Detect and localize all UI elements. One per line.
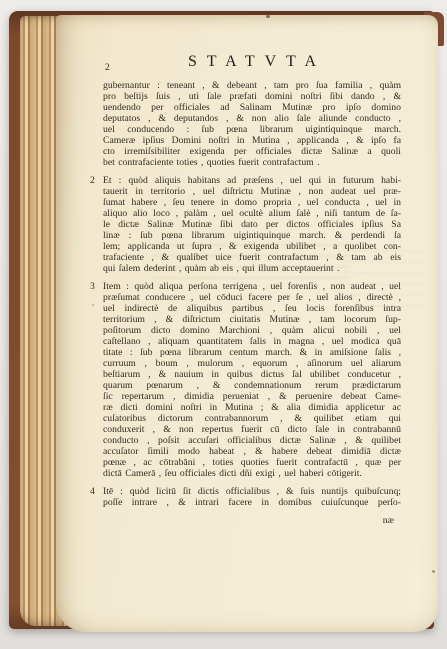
text-line: quarum pœnarum , & condemnationum rerum …: [103, 380, 401, 391]
text-line: ſic repertarum , dimidia perueniat , & p…: [103, 391, 401, 402]
text-line: conducto , poſsit accuſari officialibus …: [103, 435, 401, 446]
text-line: pro beſtijs ſuis , uti ſale præfati domi…: [103, 91, 401, 102]
running-head: 2 STATVTA: [103, 56, 401, 80]
foxing-speck: [432, 570, 435, 573]
text-line: pœnæ , ac cōtrabāni , toties quoties fue…: [103, 457, 401, 468]
paragraph-number: 2: [90, 175, 95, 186]
foxing-speck: [92, 304, 94, 306]
text-line: uel conducendo : ſub pœna librarum uigin…: [103, 124, 401, 135]
text-line: poſſe intrare , & intrari facere in domi…: [103, 497, 401, 508]
catchword: næ: [103, 515, 401, 526]
text-line: titate : ſub pœna librarum centum march.…: [103, 347, 401, 358]
text-line: gubernantur : teneant , & debeant , tam …: [103, 80, 401, 91]
text-block: gubernantur : teneant , & debeant , tam …: [103, 80, 401, 508]
text-line: ſumat habere , ſeu tenere in domo propri…: [103, 197, 401, 208]
text-line: ræ dicti domini noſtri in Mutina ; & ali…: [103, 402, 401, 413]
text-line: poſitorum dicto domino Marchioni , quàm …: [103, 325, 401, 336]
text-line: aliquo alio loco , palàm , uel ocultè al…: [103, 208, 401, 219]
text-line: Itē : quòd licitū ſit dictis officialibu…: [103, 486, 401, 497]
paragraph: 3Item : quòd aliqua perſona terrigena , …: [103, 281, 401, 479]
foxing-speck: [266, 15, 270, 18]
text-line: trafaciente , & qualibet uice fuerit con…: [103, 252, 401, 263]
text-line: tauerit in territorio , uel diſtrictu Mu…: [103, 186, 401, 197]
text-line: Et : quòd aliquis habitans ad præſens , …: [103, 175, 401, 186]
paragraph: 4Itē : quòd licitū ſit dictis officialib…: [103, 486, 401, 508]
text-line: uel indirectè de aliquibus partibus , ſe…: [103, 303, 401, 314]
text-line: Cameræ ipſius Domini noſtri in Mutina , …: [103, 135, 401, 146]
text-line: præſumat conducere , uel cōduci facere p…: [103, 292, 401, 303]
book-photo: 2 STATVTA gubernantur : teneant , & debe…: [0, 0, 447, 649]
paragraph-number: 3: [90, 281, 95, 292]
page-title: STATVTA: [103, 56, 411, 67]
text-line: uendendo per officiales ad Salinam Mutin…: [103, 102, 401, 113]
printed-text-area: 2 STATVTA gubernantur : teneant , & debe…: [103, 56, 401, 526]
text-line: linæ : ſub pœna librarum uigintiquinque …: [103, 230, 401, 241]
text-line: cto irremiſsibiliter exigenda per offici…: [103, 146, 401, 157]
paragraph-number: 4: [90, 486, 95, 497]
text-line: Item : quòd aliqua perſona terrigena , u…: [103, 281, 401, 292]
text-line: deputatos , & deputandos , & non alio ſa…: [103, 113, 401, 124]
text-line: bet contrafaciente toties , quoties fuer…: [103, 157, 401, 168]
text-line: dictā Camerā , ſeu officiales dicti dñi …: [103, 468, 401, 479]
text-line: conduxerit , & non repertus fuerit cū di…: [103, 424, 401, 435]
paragraph: 2Et : quòd aliquis habitans ad præſens ,…: [103, 175, 401, 274]
text-line: qui ſalem dederint , quàm ab eis , qui i…: [103, 263, 401, 274]
text-line: lem; applicanda ut ſupra , & exigenda ub…: [103, 241, 401, 252]
text-line: curruum , boum , mulorum , equorum , aſi…: [103, 358, 401, 369]
text-line: territorium , & diſtrictum ciuitatis Mut…: [103, 314, 401, 325]
text-line: beſtiarum , & nauium in quibus dictus ſa…: [103, 369, 401, 380]
text-line: accuſator ſimili modo habeat , & habere …: [103, 446, 401, 457]
folio-number: 2: [105, 63, 110, 74]
text-line: cuſatoribus dictorum contrabannorum , & …: [103, 413, 401, 424]
text-line: caſtellano , aliquam quantitatem ſalis i…: [103, 336, 401, 347]
paragraph: gubernantur : teneant , & debeant , tam …: [103, 80, 401, 168]
text-line: le dictæ Salinæ Mutinæ ſibi dato per dic…: [103, 219, 401, 230]
